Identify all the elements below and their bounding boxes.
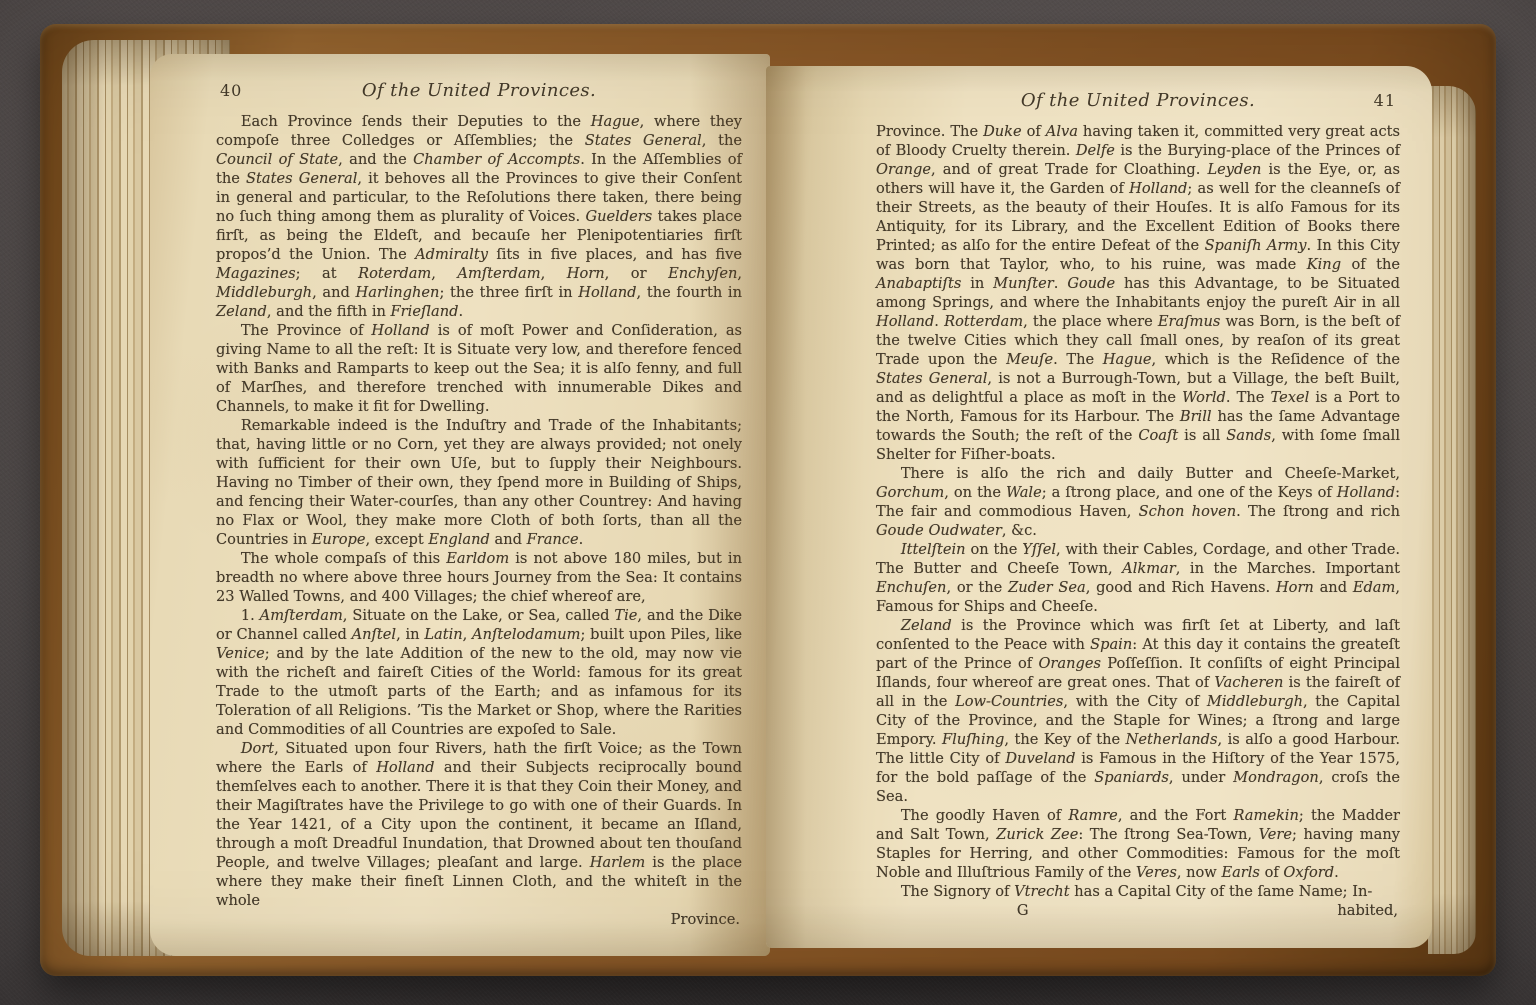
- right-catchword: habited,: [1337, 901, 1398, 921]
- left-page-header: 40 Of the United Provinces.: [216, 80, 742, 107]
- paragraph: The goodly Haven of Ramre, and the Fort …: [876, 806, 1400, 882]
- paragraph: Ittelſtein on the Yſſel, with their Cabl…: [876, 540, 1400, 616]
- paragraph: The Province of Holland is of moſt Power…: [216, 321, 742, 416]
- paragraph: Each Province ſends their Deputies to th…: [216, 112, 742, 321]
- left-page: 40 Of the United Provinces. Each Provinc…: [150, 54, 770, 956]
- paragraph: There is alſo the rich and daily Butter …: [876, 464, 1400, 540]
- book: 40 Of the United Provinces. Each Provinc…: [40, 24, 1496, 976]
- right-page: Of the United Provinces. 41 Province. Th…: [766, 66, 1432, 948]
- left-text-block: 40 Of the United Provinces. Each Provinc…: [216, 80, 742, 929]
- paragraph: Province. The Duke of Alva having taken …: [876, 122, 1400, 464]
- photo-background: 40 Of the United Provinces. Each Provinc…: [0, 0, 1536, 1005]
- paragraph: Remarkable indeed is the Induſtry and Tr…: [216, 416, 742, 549]
- right-text-block: Of the United Provinces. 41 Province. Th…: [876, 90, 1400, 921]
- left-catchword: Province.: [216, 910, 742, 929]
- paragraph: 1. Amſterdam, Situate on the Lake, or Se…: [216, 606, 742, 739]
- paragraph: Zeland is the Province which was firſt ſ…: [876, 616, 1400, 806]
- right-page-footer: G habited,: [876, 901, 1400, 921]
- paragraph: The Signory of Vtrecht has a Capital Cit…: [876, 882, 1400, 901]
- paragraph: The whole compaſs of this Earldom is not…: [216, 549, 742, 606]
- right-page-edges: [1428, 86, 1476, 954]
- right-page-header: Of the United Provinces. 41: [876, 90, 1400, 117]
- right-running-title: Of the United Provinces.: [876, 90, 1400, 111]
- right-page-number: 41: [1374, 91, 1396, 110]
- signature-mark: G: [876, 901, 1169, 921]
- left-page-body: Each Province ſends their Deputies to th…: [216, 112, 742, 910]
- left-running-title: Of the United Provinces.: [216, 80, 742, 101]
- right-page-body: Province. The Duke of Alva having taken …: [876, 122, 1400, 901]
- paragraph: Dort, Situated upon four Rivers, hath th…: [216, 739, 742, 910]
